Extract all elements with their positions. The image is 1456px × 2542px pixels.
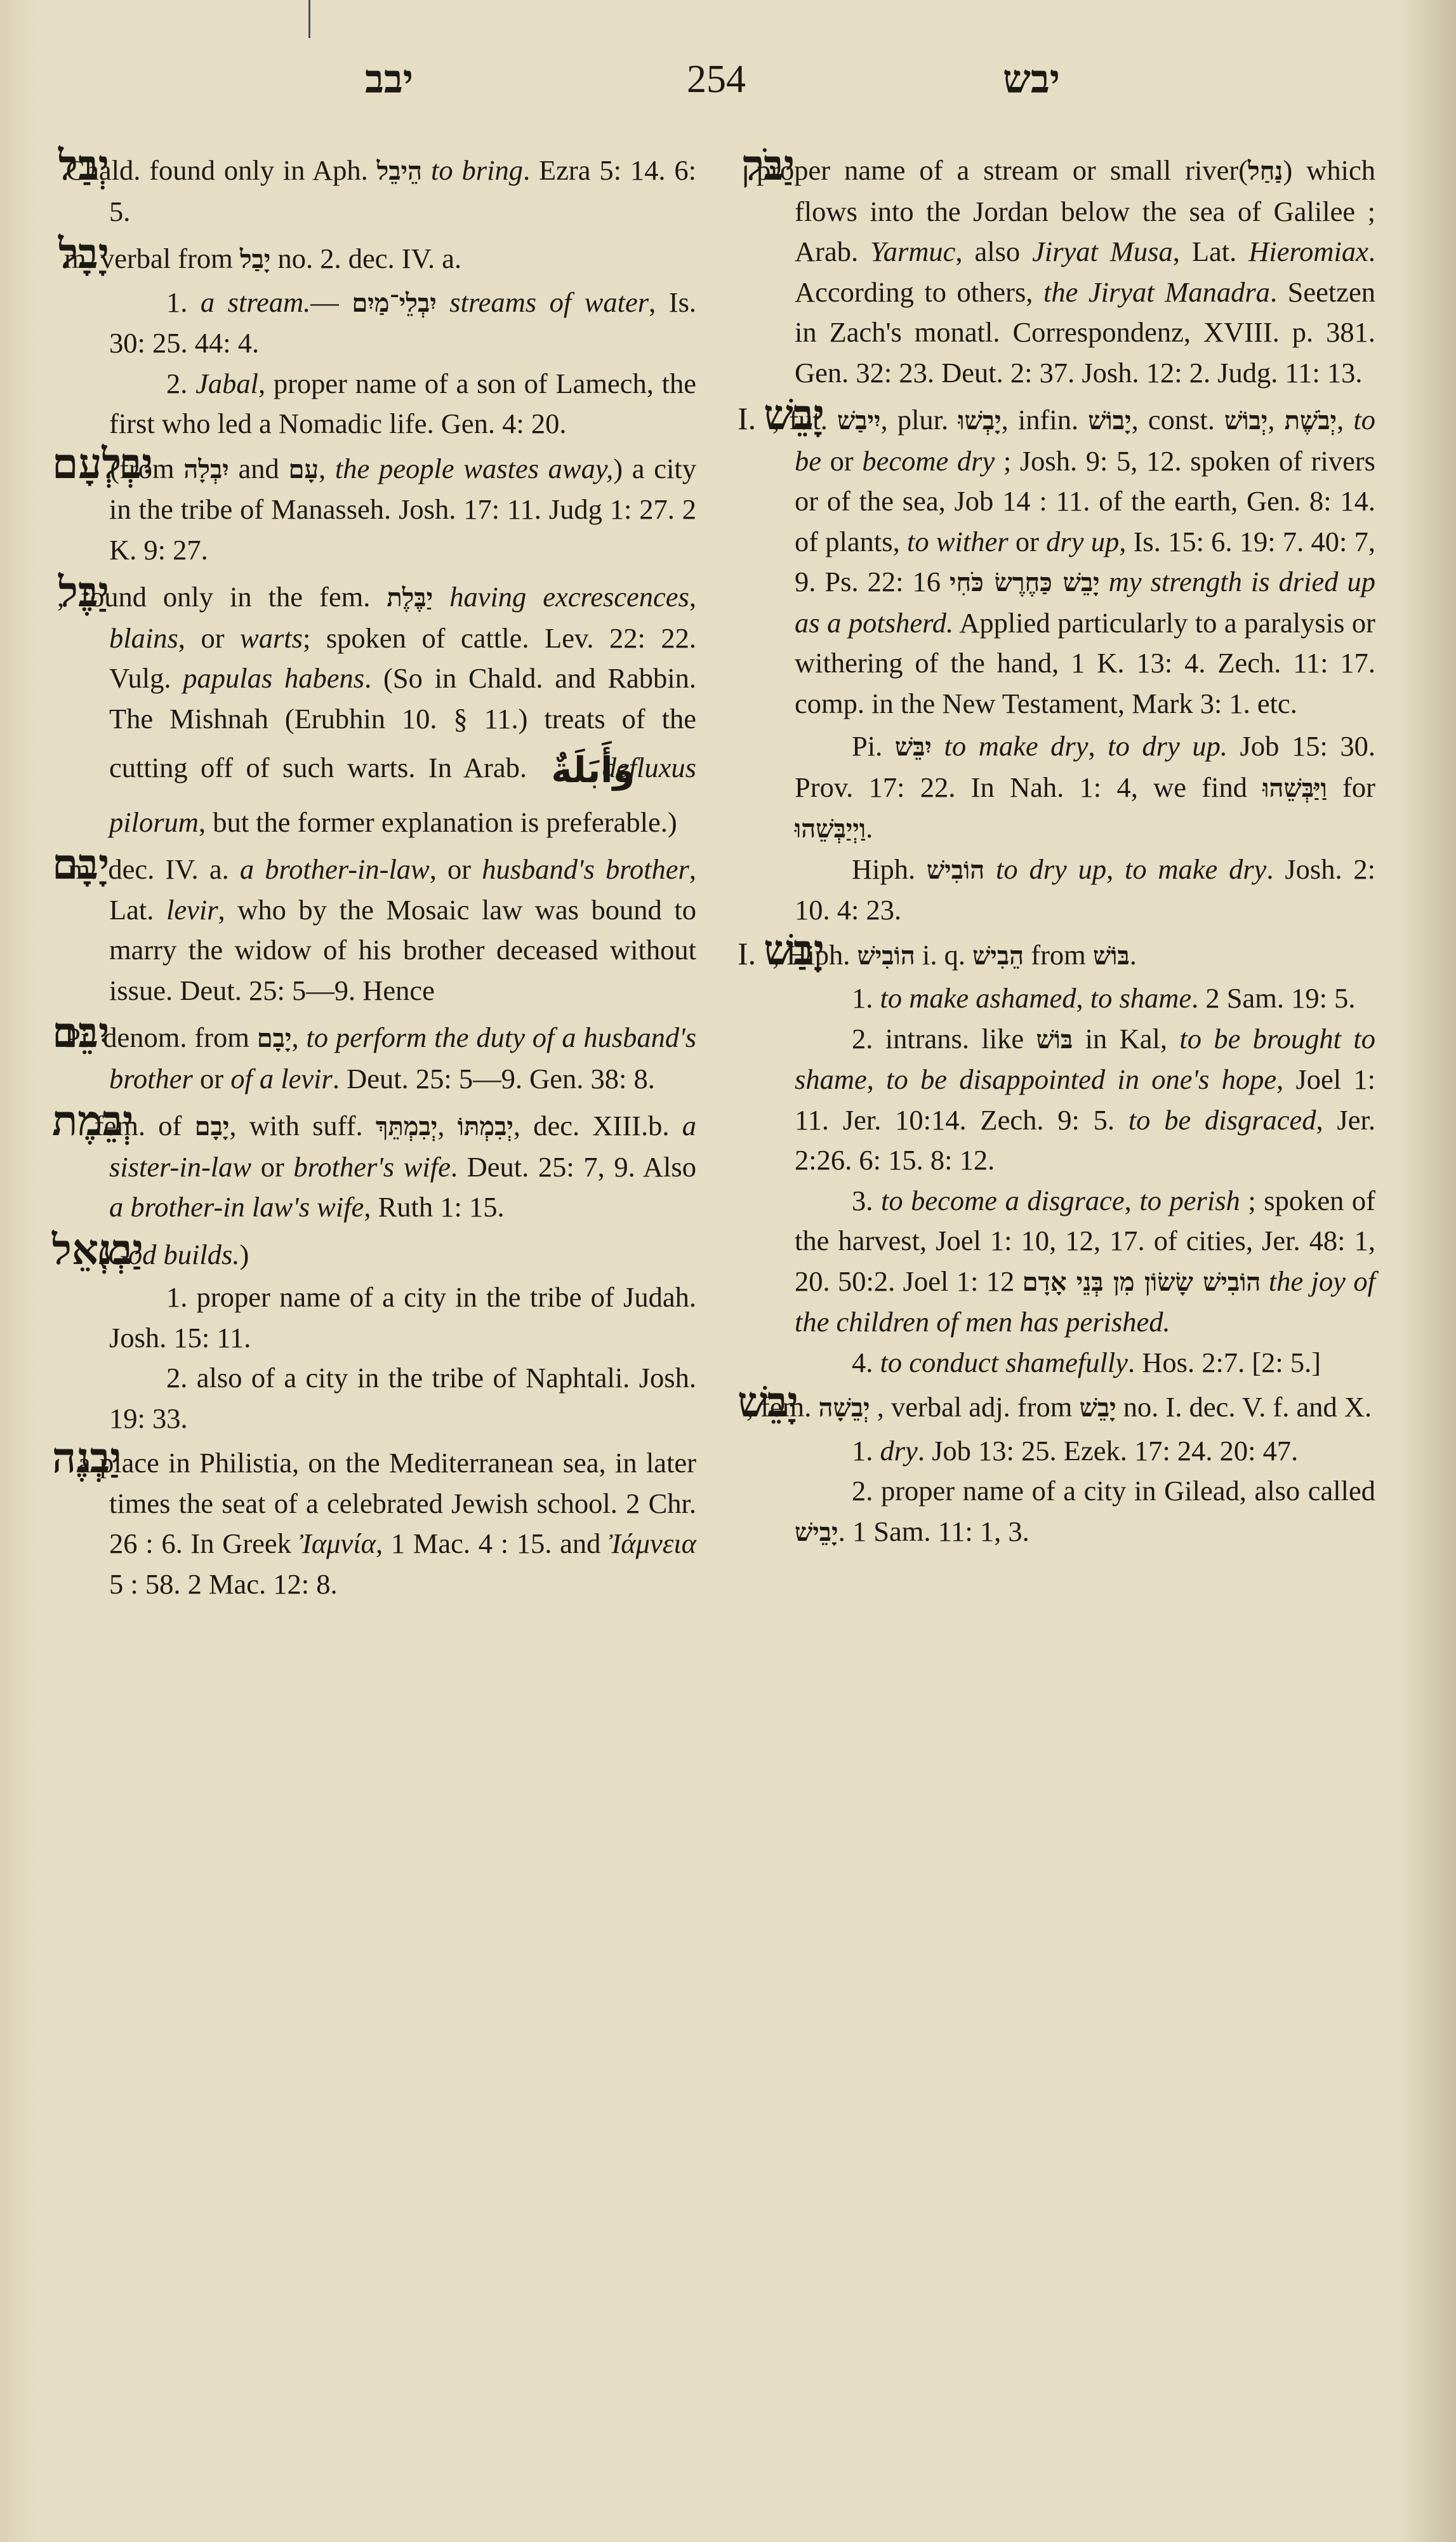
hebrew-word: יִבֵּשׁ [895,732,932,762]
entry-text: , Ruth 1: 15. [364,1191,504,1223]
sense-paragraph: 1. dry. Job 13: 25. Ezek. 17: 24. 20: 47… [738,1431,1375,1472]
dictionary-entry: יָבֵשׁ, fem. יְבֵשָׁה , verbal adj. from… [738,1383,1375,1428]
headword: יָבֵשׁ [764,396,767,434]
italic-gloss: to dry up. [1108,730,1228,762]
italic-gloss: the people wastes away, [335,453,613,484]
dictionary-entry: יַבְנֶה a place in Philistia, on the Med… [52,1439,696,1604]
hebrew-word: יְבוֹשׁ [1224,406,1267,436]
hebrew-word: בּוֹשׁ [1093,941,1130,971]
italic-gloss: Jabal [195,368,258,399]
italic-gloss: to become a disgrace [881,1185,1125,1216]
entry-text: 1. [852,1435,880,1467]
italic-gloss: to make dry [944,730,1089,762]
entry-text: , const. [1132,404,1224,436]
entry-text: , infin. [1002,404,1089,436]
italic-gloss: to make dry [1125,853,1266,885]
dictionary-entry: יָבָל m. verbal from יָבַל no. 2. dec. I… [52,234,696,280]
entry-text: , [1089,730,1108,762]
dictionary-entry: יְבַל Chald. found only in Aph. הֵיבֵל t… [52,146,696,232]
entry-text: , [689,581,696,613]
running-head-left: יבב [365,51,413,108]
entry-text: , [291,1021,306,1053]
italic-gloss: a stream. [201,286,310,318]
hebrew-word: יָבֵישׁ [795,1517,838,1547]
entry-text: no. I. dec. V. f. and X. [1116,1391,1372,1423]
hebrew-word: הוֹבִישׁ [857,941,915,971]
entry-text [984,853,996,885]
dictionary-entry: יַבֹּק proper name of a stream or small … [738,146,1375,393]
hebrew-word: בּוֹשׁ [1036,1025,1073,1055]
entry-text: , [1106,853,1125,885]
entry-text: 2. intrans. like [852,1023,1036,1055]
hebrew-word: יָבֵשׁ כַּחֶרֶשׂ כֹּחִי [950,568,1100,597]
entry-text: , [1125,1185,1140,1216]
entry-text: . 1 Sam. 11: 1, 3. [838,1515,1029,1547]
entry-text: (from [101,453,184,484]
entry-text: or [821,445,862,477]
entry-text: for [1327,771,1375,803]
entry-text: 4. [852,1347,880,1378]
sense-paragraph: 1. proper name of a city in the tribe of… [52,1277,696,1358]
italic-gloss: husband's brother [482,853,689,885]
entry-text: 5 : 58. 2 Mac. 12: 8. [109,1568,338,1600]
hebrew-word: הוֹבִישׁ [927,855,984,885]
italic-gloss: God builds. [108,1239,240,1270]
italic-gloss: dry up [1046,526,1119,557]
entry-text: . 2 Sam. 19: 5. [1191,982,1355,1014]
hebrew-word: יִבְלֵי־מַיִם [352,288,436,318]
entry-text: Pi. [852,730,895,762]
italic-gloss: a brother-in-law [240,853,430,885]
entry-text [437,286,450,318]
italic-gloss: to dry up [996,853,1106,885]
hebrew-word: יְבִמְתֵּךְ [376,1112,438,1141]
entry-text: , [1076,982,1090,1014]
entry-text: . Job 13: 25. Ezek. 17: 24. 20: 47. [918,1435,1298,1467]
entry-text: , or [178,622,240,654]
entry-text: 3. [852,1185,881,1216]
entry-text: . [866,812,873,844]
entry-text [422,154,431,186]
italic-gloss: brother's wife [293,1151,450,1183]
entry-text: Hiph. [852,853,927,885]
running-head: יבב 254 יבש [0,51,1456,108]
hebrew-word: יָבוֹשׁ [1088,406,1131,436]
entry-text: Chald. found only in Aph. [57,154,377,186]
margin-pen-mark [308,0,310,38]
entry-text: ( [91,1239,108,1270]
italic-gloss: to conduct shamefully [880,1347,1128,1378]
entry-numeral: I. [738,401,756,436]
italic-gloss: levir [166,894,218,926]
entry-text: , but the former explanation is preferab… [199,806,677,838]
entry-text: , fem. [746,1391,819,1423]
italic-gloss: Hieromiax [1248,236,1368,267]
headword: יָבַשׁ [764,931,767,969]
hebrew-word: יִבְלָה [183,455,228,484]
entry-text: 2. [166,368,195,399]
entry-text: . Deut. 25: 5—9. Gen. 38: 8. [333,1063,655,1095]
italic-gloss: blains [109,622,178,654]
hebrew-word: יָבַל [240,244,270,274]
entry-text: , [437,1110,457,1141]
entry-text: from [1024,939,1093,971]
dictionary-entry: יַבְנְאֵל (God builds.) [52,1230,696,1275]
entry-text: , [1267,404,1284,436]
italic-gloss: dry [880,1435,918,1467]
italic-gloss: of a levir [230,1063,333,1095]
entry-text: , dec. XIII.b. [513,1110,682,1141]
right-column: יַבֹּק proper name of a stream or small … [738,146,1375,1552]
entry-text: 1. [166,286,201,318]
entry-text [589,752,602,783]
italic-gloss: Ἰάμνεια [609,1527,696,1559]
hebrew-word: הֵבִישׁ [972,941,1024,971]
entry-text: Pi. denom. from [57,1021,256,1053]
italic-gloss: the Jiryat Manadra [1043,276,1270,308]
entry-text: , or [430,853,482,885]
hebrew-word: יָבָם [195,1112,230,1141]
headword: יְבֵמֶת [52,1101,77,1140]
sense-paragraph: Pi. יִבֵּשׁ to make dry, to dry up. Job … [738,726,1375,849]
headword: יִבְלְעָם [52,444,96,482]
entry-text: . Hos. 2:7. [2: 5.] [1128,1347,1321,1378]
entry-text [1261,1265,1268,1297]
entry-text [932,730,944,762]
entry-text: , also [955,236,1032,267]
running-head-right: יבש [1003,51,1060,108]
headword: יַבְנֶה [52,1439,64,1477]
entry-text: , [867,1063,886,1095]
sense-paragraph: 2. intrans. like בּוֹשׁ in Kal, to be br… [738,1019,1375,1181]
sense-paragraph: 4. to conduct shamefully. Hos. 2:7. [2: … [738,1343,1375,1383]
dictionary-entry: יִבֵּם Pi. denom. from יָבָם, to perform… [52,1013,696,1099]
entry-text: 2. proper name of a city in Gilead, also… [852,1475,1375,1507]
sense-paragraph: 2. proper name of a city in Gilead, also… [738,1471,1375,1552]
italic-gloss: having excrescences [449,581,689,613]
italic-gloss: streams of water [449,286,649,318]
entry-text: ) [239,1239,249,1270]
entry-text: — [310,286,352,318]
dictionary-entry: I.יָבַשׁ, Hiph. הוֹבִישׁ i. q. הֵבִישׁ f… [738,931,1375,976]
sense-paragraph: 2. Jabal, proper name of a son of Lamech… [52,364,696,444]
entry-text: or [1009,526,1047,557]
entry-text: , plur. [881,404,958,436]
dictionary-entry: יָבָם m. dec. IV. a. a brother-in-law, o… [52,845,696,1011]
entry-numeral: I. [738,936,756,971]
left-column: יְבַל Chald. found only in Aph. הֵיבֵל t… [52,146,696,1607]
italic-gloss: to shame [1090,982,1191,1014]
page-number: 254 [687,51,746,108]
entry-text [433,581,449,613]
italic-gloss: to perish [1139,1185,1240,1216]
entry-text: , found only in the fem. [57,581,387,613]
entry-text: , Lat. [1173,236,1248,267]
arabic-word: وَأَبَلَةٌ [551,750,578,791]
entry-text: , [1337,404,1353,436]
italic-gloss: become dry [862,445,995,477]
italic-gloss: Jiryat Musa [1032,236,1173,267]
entry-text: proper name of a stream or small river( [743,154,1248,186]
entry-text: , Hiph. [772,939,857,971]
italic-gloss: to be disgraced [1128,1104,1316,1136]
entry-text: i. q. [915,939,972,971]
entry-text: , verbal adj. from [870,1391,1080,1423]
sense-paragraph: 3. to become a disgrace, to perish ; spo… [738,1181,1375,1343]
hebrew-word: יִיבַשׁ [837,406,881,436]
entry-text: . Deut. 25: 7, 9. Also [451,1151,696,1183]
entry-text: , 1 Mac. 4 : 15. and [376,1527,609,1559]
hebrew-word: וַיַּבְּשֵׁהוּ [1262,773,1327,803]
entry-text [1100,566,1109,597]
entry-text: m. dec. IV. a. [57,853,240,885]
italic-gloss: Ἰαμνία [300,1527,376,1559]
sense-paragraph: 1. a stream.— יִבְלֵי־מַיִם streams of w… [52,283,696,364]
hebrew-word: יְבֵשָׁה [819,1393,870,1423]
hebrew-word: וַיְיַבְּשֵׁהוּ [795,814,866,844]
hebrew-word: עָם [288,455,319,484]
italic-gloss: to bring [431,154,523,186]
headword: יַבְנְאֵל [52,1230,86,1268]
hebrew-word: יַבֶּלֶת [387,583,433,613]
hebrew-word: יְבֹשֶׁת [1285,406,1337,436]
sense-paragraph: 2. also of a city in the tribe of Naphta… [52,1358,696,1439]
entry-text: 2. also of a city in the tribe of Naphta… [109,1362,696,1434]
entry-text: and [229,453,289,484]
sense-paragraph: 1. to make ashamed, to shame. 2 Sam. 19:… [738,978,1375,1019]
italic-gloss: to wither [907,526,1009,557]
italic-gloss: papulas habens [183,662,364,694]
entry-text: . [1130,939,1137,971]
entry-text: or [193,1063,230,1095]
dictionary-entry: יַבֶּל, found only in the fem. יַבֶּלֶת … [52,573,696,842]
hebrew-word: יָבְשׁוּ [958,406,1001,436]
dictionary-entry: יְבֵמֶת fem. of יָבָם, with suff. יְבִמְ… [52,1101,696,1228]
dictionary-entry: I.יָבֵשׁ, fut. יִיבַשׁ, plur. יָבְשׁוּ, … [738,396,1375,724]
entry-text: m. verbal from [57,243,240,274]
dictionary-entry: יִבְלְעָם (from יִבְלָה and עָם, the peo… [52,444,696,571]
entry-text: 1. proper name of a city in the tribe of… [109,1281,696,1354]
entry-text: no. 2. dec. IV. a. [270,243,461,274]
entry-text: fem. of [82,1110,195,1141]
hebrew-word: יָבֵשׁ [1080,1393,1116,1423]
hebrew-word: יְבִמְתּוֹ [458,1112,513,1141]
entry-text: 1. [852,982,880,1014]
italic-gloss: warts [240,622,303,654]
sense-paragraph: Hiph. הוֹבִישׁ to dry up, to make dry. J… [738,849,1375,931]
hebrew-word: הוֹבִישׁ שָׂשׂוֹן מִן בְּנֵי אָדָם [1023,1267,1261,1297]
entry-text: , [319,453,335,484]
italic-gloss: to be disappointed in one's hope [886,1063,1276,1095]
entry-text: , fut. [772,404,837,436]
italic-gloss: Yarmuc [870,236,955,267]
hebrew-word: נַחַל [1248,156,1283,186]
hebrew-word: יָבָם [257,1023,292,1053]
headword: יָבֵשׁ [738,1383,741,1421]
entry-text: or [251,1151,293,1183]
hebrew-word: הֵיבֵל [377,156,422,186]
italic-gloss: to make ashamed [880,982,1076,1014]
dictionary-page: יבב 254 יבש יְבַל Chald. found only in A… [0,0,1456,2542]
entry-text: , with suff. [229,1110,376,1141]
italic-gloss: a brother-in law's wife [109,1191,364,1223]
entry-text: in Kal, [1073,1023,1179,1055]
